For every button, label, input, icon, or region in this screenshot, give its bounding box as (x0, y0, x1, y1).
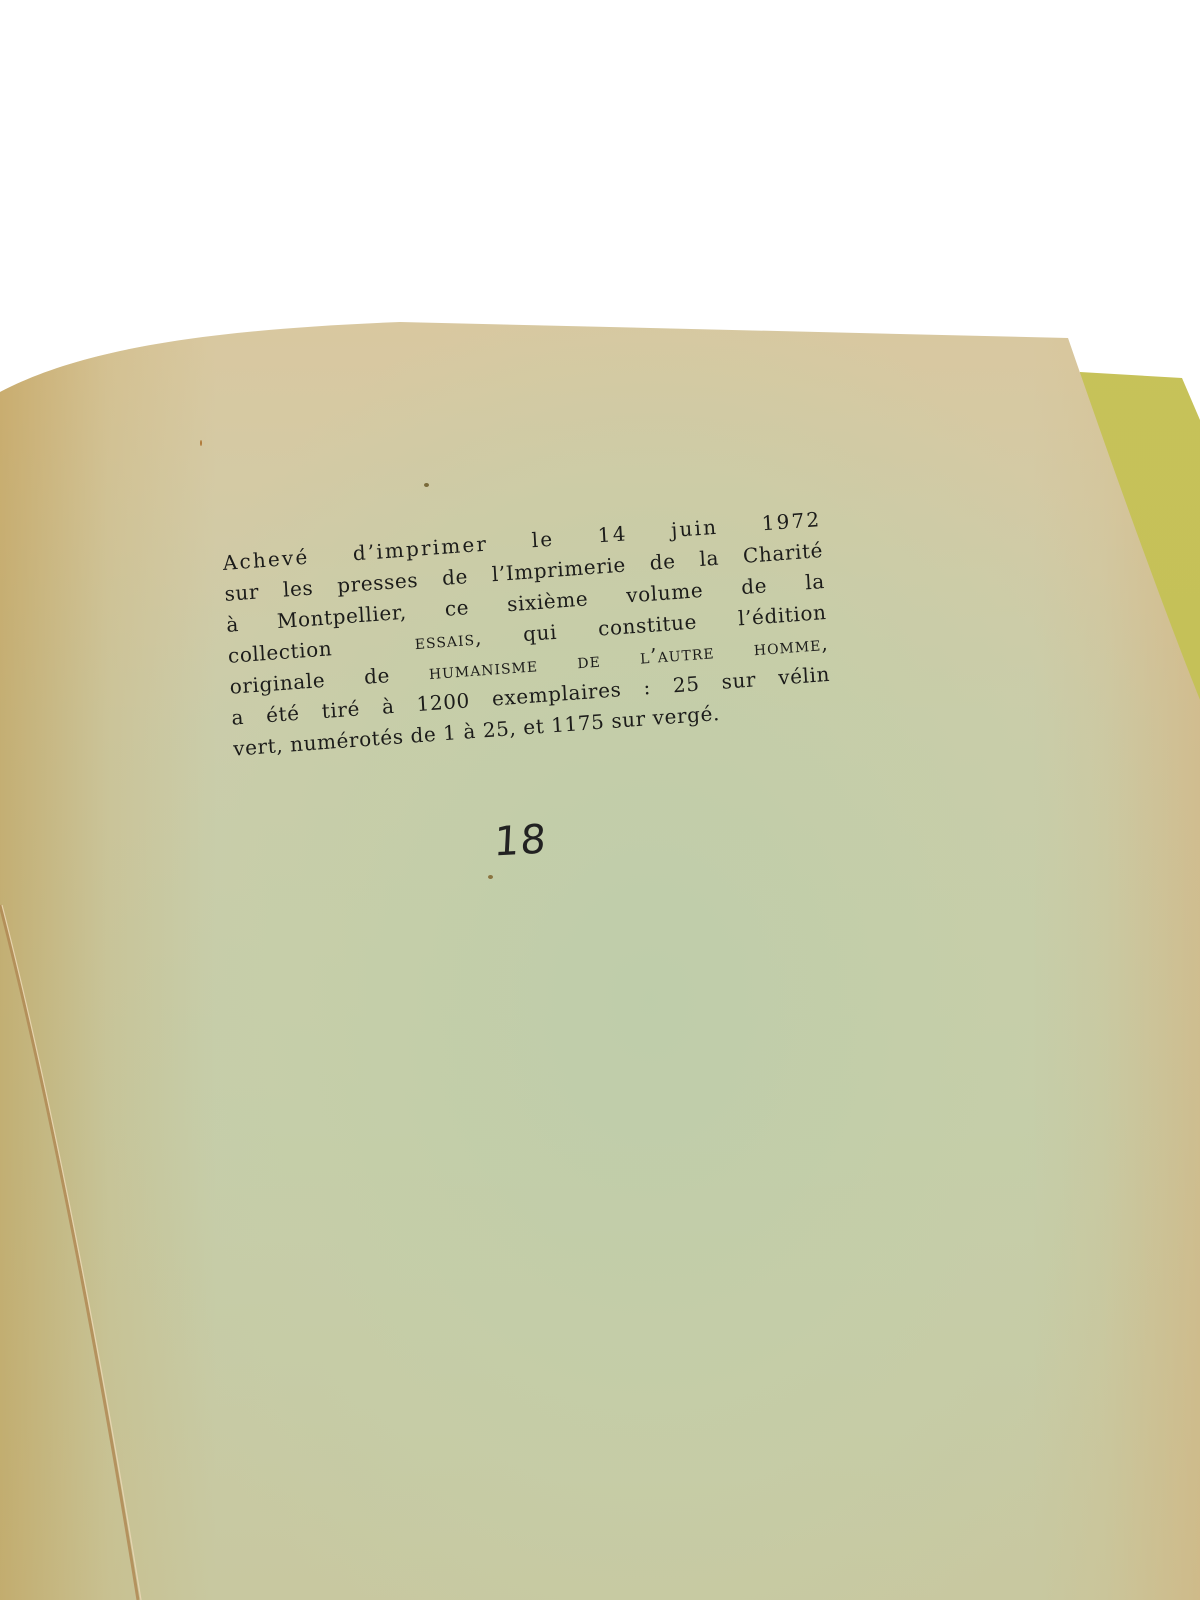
collection-label: collection (227, 636, 332, 668)
paper-speck (200, 440, 202, 446)
title-comma: , (821, 631, 829, 655)
book-photo: Achevé d’imprimer le 14 juin 1972 sur le… (0, 0, 1200, 1600)
paper-speck (424, 483, 429, 487)
colophon-text: Achevé d’imprimer le 14 juin 1972 sur le… (222, 504, 833, 765)
handwritten-copy-number: 18 (493, 817, 548, 866)
paper-speck (488, 875, 493, 879)
book-page (0, 0, 1200, 1600)
collection-name: ESSAIS (414, 626, 476, 654)
